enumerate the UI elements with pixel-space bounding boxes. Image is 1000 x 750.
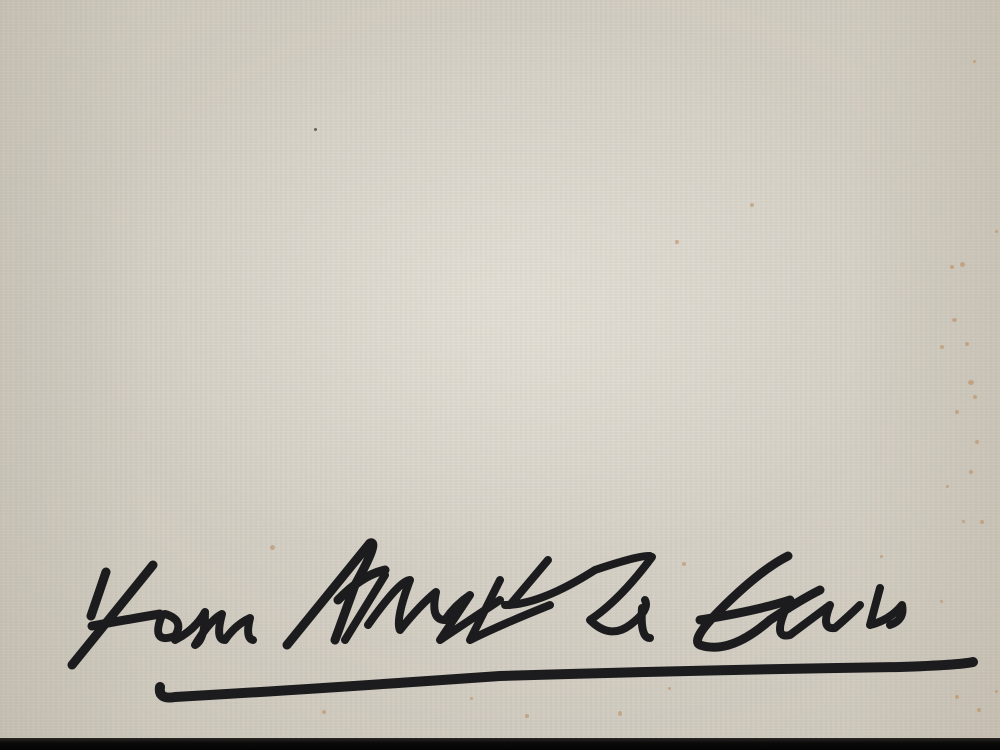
signature-ink <box>0 0 1000 750</box>
signature-word-oux <box>780 588 903 636</box>
photograph: Jean Picart le Doux <box>0 0 1000 750</box>
signature-letter-d <box>698 556 821 647</box>
signature-letter-j <box>72 565 160 665</box>
dark-bottom-edge <box>0 738 1000 750</box>
signature-underline <box>160 662 973 698</box>
signature-word-ean <box>158 612 253 645</box>
